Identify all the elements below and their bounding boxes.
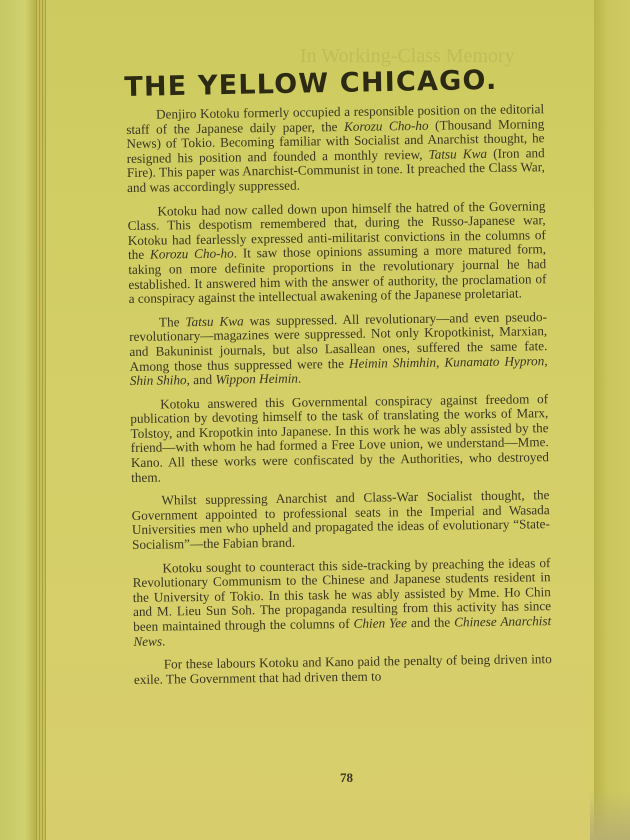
text-run: and bbox=[190, 372, 216, 387]
text-run: and the bbox=[407, 614, 454, 630]
paragraph: Kotoku had now called down upon himself … bbox=[127, 199, 546, 307]
italic-title: Wippon Heimin bbox=[215, 371, 298, 387]
paragraph: For these labours Kotoku and Kano paid t… bbox=[134, 652, 552, 687]
paragraph: Kotoku sought to counteract this side-tr… bbox=[132, 556, 551, 649]
italic-title: Korozu Cho-ho bbox=[150, 246, 234, 262]
book-right-edge bbox=[594, 0, 630, 840]
page-number: 78 bbox=[340, 770, 353, 786]
corner-shadow bbox=[590, 790, 630, 840]
italic-title: Tatsu Kwa bbox=[185, 313, 243, 329]
text-run: . bbox=[298, 371, 302, 386]
paragraph: The Tatsu Kwa was suppressed. All revolu… bbox=[129, 310, 548, 389]
text-run: Whilst suppressing Anarchist and Class-W… bbox=[132, 487, 550, 552]
text-run: The bbox=[159, 314, 186, 329]
page-stack-edge bbox=[36, 0, 46, 840]
body-text: Denjiro Kotoku formerly occupied a respo… bbox=[126, 102, 552, 696]
text-run: For these labours Kotoku and Kano paid t… bbox=[134, 651, 552, 686]
paragraph: Whilst suppressing Anarchist and Class-W… bbox=[131, 488, 550, 552]
book-left-edge bbox=[0, 0, 36, 840]
italic-title: Chien Yee bbox=[354, 615, 408, 631]
italic-title: Korozu Cho-ho bbox=[344, 117, 429, 133]
italic-title: Tatsu Kwa bbox=[429, 146, 488, 162]
text-run: Kotoku answered this Governmental conspi… bbox=[130, 391, 549, 485]
paragraph: Kotoku answered this Governmental conspi… bbox=[130, 392, 549, 485]
paragraph: Denjiro Kotoku formerly occupied a respo… bbox=[126, 102, 545, 195]
text-run: . bbox=[162, 633, 166, 648]
